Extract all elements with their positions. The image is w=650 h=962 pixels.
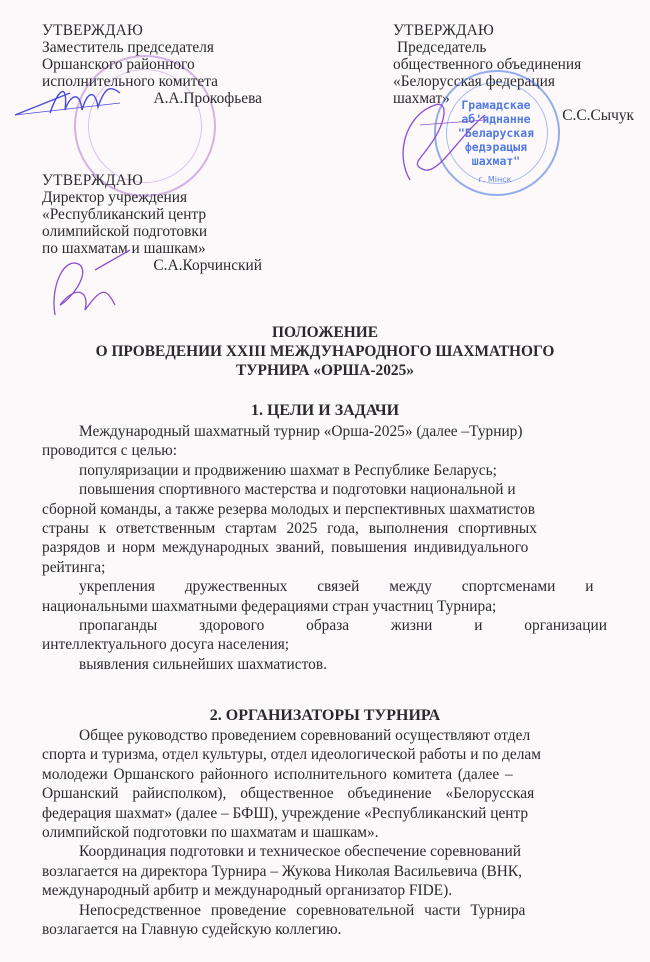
approval-line: «Белорусская федерация	[393, 73, 648, 90]
document-title: ПОЛОЖЕНИЕ О ПРОВЕДЕНИИ XXIII МЕЖДУНАРОДН…	[0, 323, 650, 380]
section-heading-organizers: 2. ОРГАНИЗАТОРЫ ТУРНИРА	[0, 707, 650, 725]
stamp-city: г. Мінск	[470, 175, 520, 184]
approval-line: Оршанского районного	[42, 56, 262, 73]
approval-heading: УТВЕРЖДАЮ	[42, 22, 262, 39]
approval-line: по шахматам и шашкам»	[42, 240, 262, 257]
approval-line: исполнительного комитета	[42, 73, 262, 90]
section-body-goals: Международный шахматный турнир «Орша-202…	[42, 422, 620, 674]
signer-name: С.А.Корчинский	[42, 257, 262, 274]
document-page: УТВЕРЖДАЮ Заместитель председателя Оршан…	[0, 0, 650, 962]
approval-line: Директор учреждения	[42, 189, 262, 206]
approval-heading: УТВЕРЖДАЮ	[393, 22, 648, 39]
approval-line: Заместитель председателя	[42, 39, 262, 56]
approval-line: «Республиканский центр	[42, 206, 262, 223]
approval-block-deputy-chairman: УТВЕРЖДАЮ Заместитель председателя Оршан…	[42, 22, 262, 107]
approval-line: олимпийской подготовки	[42, 223, 262, 240]
section-body-organizers: Общее руководство проведением соревнован…	[42, 726, 620, 939]
approval-block-director: УТВЕРЖДАЮ Директор учреждения «Республик…	[42, 172, 262, 274]
stamp-text: Грамадскае аб'яднанне "Беларуская федэра…	[448, 98, 544, 168]
approval-line: общественного объединения	[393, 56, 648, 73]
approval-heading: УТВЕРЖДАЮ	[42, 172, 262, 189]
approval-line: Председатель	[393, 39, 648, 56]
section-heading-goals: 1. ЦЕЛИ И ЗАДАЧИ	[0, 402, 650, 420]
signer-name: А.А.Прокофьева	[42, 90, 262, 107]
